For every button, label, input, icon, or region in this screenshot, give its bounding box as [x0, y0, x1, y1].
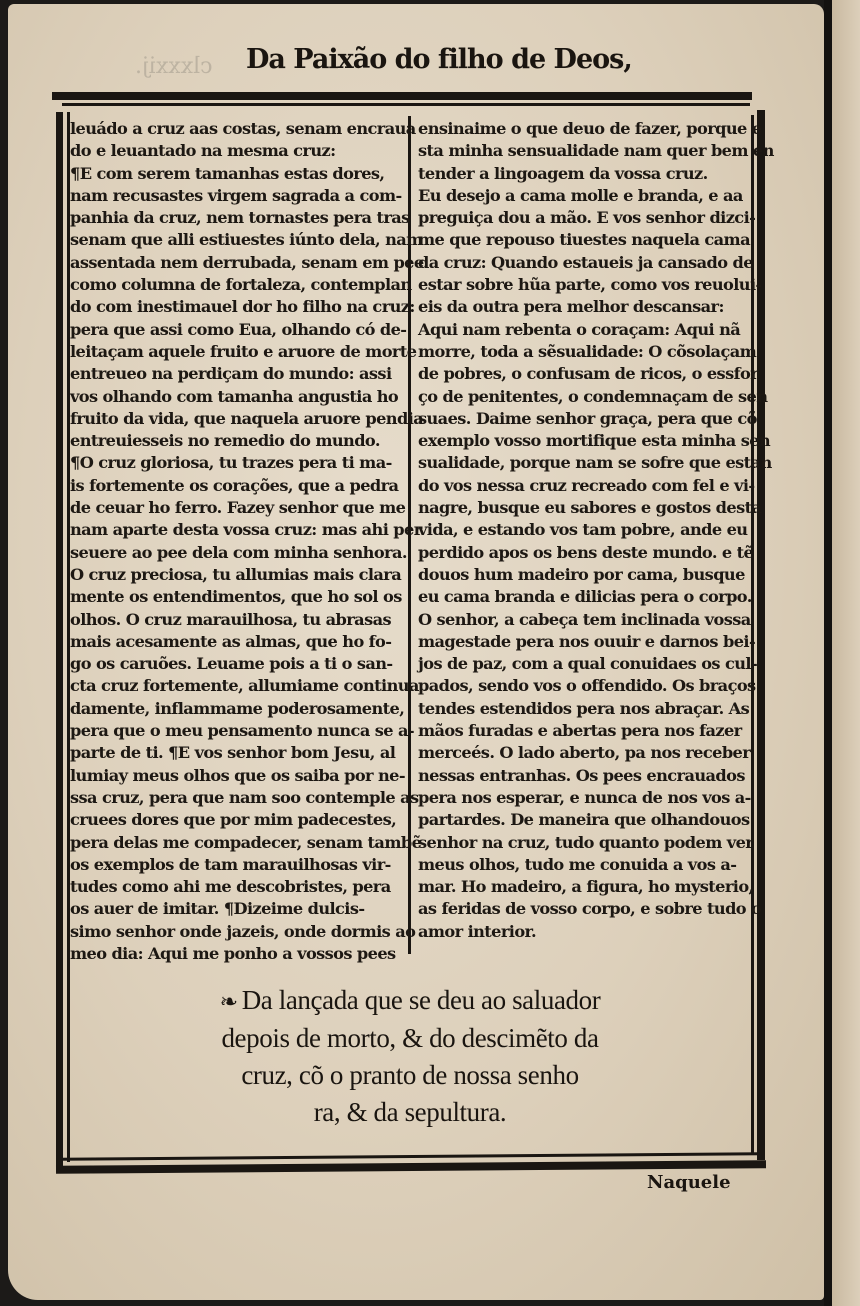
- text-line: mente os entendimentos, que ho sol os: [70, 586, 405, 608]
- text-line: senam que alli estiuestes iúnto dela, na…: [70, 229, 405, 251]
- text-line: pera nos esperar, e nunca de nos vos a-: [418, 787, 763, 809]
- text-line: vos olhando com tamanha angustia ho: [70, 386, 405, 408]
- text-line: mais acesamente as almas, que ho fo-: [70, 631, 405, 653]
- top-rule-thin: [62, 103, 750, 106]
- text-line: magestade pera nos ouuir e darnos bei-: [418, 631, 763, 653]
- text-line: O senhor, a cabeça tem inclinada vossa: [418, 609, 763, 631]
- book-spine: [824, 0, 832, 1306]
- fleuron-icon: ❧: [220, 983, 238, 1020]
- heading-line: ❧Da lançada que se deu ao saluador: [190, 982, 630, 1020]
- text-line: damente, inflammame poderosamente,: [70, 698, 405, 720]
- text-line: do vos nessa cruz recreado com fel e vi-: [418, 475, 763, 497]
- text-line: sualidade, porque nam se sofre que estan: [418, 452, 763, 474]
- text-line: nessas entranhas. Os pees encrauados: [418, 765, 763, 787]
- text-line: as feridas de vosso corpo, e sobre tudo …: [418, 898, 763, 920]
- left-rule-thick: [56, 112, 63, 1172]
- text-line: Aqui nam rebenta o coraçam: Aqui nã: [418, 319, 763, 341]
- text-line: sta minha sensualidade nam quer bem en: [418, 140, 763, 162]
- text-line: morre, toda a sẽsualidade: O cõsolaçam: [418, 341, 763, 363]
- text-line: perdido apos os bens deste mundo. e tẽ: [418, 542, 763, 564]
- text-line: Eu desejo a cama molle e branda, e aa: [418, 185, 763, 207]
- text-line: cta cruz fortemente, allumiame continua: [70, 675, 405, 697]
- text-line: ssa cruz, pera que nam soo contemple as: [70, 787, 405, 809]
- text-line: como columna de fortaleza, contemplan: [70, 274, 405, 296]
- text-line: ensinaime o que deuo de fazer, porque e: [418, 118, 763, 140]
- chapter-heading: ❧Da lançada que se deu ao saluador depoi…: [190, 982, 630, 1131]
- text-line: preguiça dou a mão. E vos senhor dizci-: [418, 207, 763, 229]
- text-line: senhor na cruz, tudo quanto podem ver: [418, 832, 763, 854]
- text-line: ¶E com serem tamanhas estas dores,: [70, 163, 405, 185]
- text-line: pera que o meu pensamento nunca se a-: [70, 720, 405, 742]
- text-line: partardes. De maneira que olhandouos: [418, 809, 763, 831]
- text-line: seuere ao pee dela com minha senhora.: [70, 542, 405, 564]
- text-line: exemplo vosso mortifique esta minha sen: [418, 430, 763, 452]
- text-line: pera que assi como Eua, olhando có de-: [70, 319, 405, 341]
- text-line: de pobres, o confusam de ricos, o essfor: [418, 363, 763, 385]
- text-line: me que repouso tiuestes naquela cama: [418, 229, 763, 251]
- text-line: is fortemente os corações, que a pedra: [70, 475, 405, 497]
- text-line: meo dia: Aqui me ponho a vossos pees: [70, 943, 405, 965]
- text-line: nagre, busque eu sabores e gostos desta: [418, 497, 763, 519]
- text-line: tendes estendidos pera nos abraçar. As: [418, 698, 763, 720]
- right-text-column: ensinaime o que deuo de fazer, porque es…: [418, 118, 763, 943]
- text-line: da cruz: Quando estaueis ja cansado de: [418, 252, 763, 274]
- text-line: estar sobre hũa parte, como vos reuolui-: [418, 274, 763, 296]
- text-line: entreuiesseis no remedio do mundo.: [70, 430, 405, 452]
- text-line: pados, sendo vos o offendido. Os braços: [418, 675, 763, 697]
- text-line: ço de penitentes, o condemnaçam de sen: [418, 386, 763, 408]
- text-line: ¶O cruz gloriosa, tu trazes pera ti ma-: [70, 452, 405, 474]
- text-line: leuádo a cruz aas costas, senam encraua: [70, 118, 405, 140]
- text-line: nam aparte desta vossa cruz: mas ahi per: [70, 519, 405, 541]
- heading-line: ra, & da sepultura.: [190, 1094, 630, 1131]
- catchword: Naquele: [647, 1172, 731, 1193]
- text-line: amor interior.: [418, 921, 763, 943]
- text-line: eu cama branda e dilicias pera o corpo.: [418, 586, 763, 608]
- text-line: os exemplos de tam marauilhosas vir-: [70, 854, 405, 876]
- text-line: tudes como ahi me descobristes, pera: [70, 876, 405, 898]
- text-line: fruito da vida, que naquela aruore pendi…: [70, 408, 405, 430]
- text-line: meus olhos, tudo me conuida a vos a-: [418, 854, 763, 876]
- text-line: vida, e estando vos tam pobre, ande eu: [418, 519, 763, 541]
- text-line: assentada nem derrubada, senam em pee: [70, 252, 405, 274]
- text-line: douos hum madeiro por cama, busque: [418, 564, 763, 586]
- text-line: leitaçam aquele fruito e aruore de morte: [70, 341, 405, 363]
- top-rule-thick: [52, 92, 752, 100]
- text-line: de ceuar ho ferro. Fazey senhor que me: [70, 497, 405, 519]
- text-line: nam recusastes virgem sagrada a com-: [70, 185, 405, 207]
- text-line: entreueo na perdiçam do mundo: assi: [70, 363, 405, 385]
- text-line: eis da outra pera melhor descansar:: [418, 296, 763, 318]
- text-line: suaes. Daime senhor graça, pera que cõ: [418, 408, 763, 430]
- text-line: mãos furadas e abertas pera nos fazer: [418, 720, 763, 742]
- text-line: simo senhor onde jazeis, onde dormis ao: [70, 921, 405, 943]
- text-line: do com inestimauel dor ho filho na cruz:: [70, 296, 405, 318]
- text-line: olhos. O cruz marauilhosa, tu abrasas: [70, 609, 405, 631]
- text-line: os auer de imitar. ¶Dizeime dulcis-: [70, 898, 405, 920]
- running-head: Da Paixão do filho de Deos,: [246, 44, 632, 75]
- text-line: O cruz preciosa, tu allumias mais clara: [70, 564, 405, 586]
- text-line: jos de paz, com a qual conuidaes os cul-: [418, 653, 763, 675]
- text-line: mar. Ho madeiro, a figura, ho mysterio,: [418, 876, 763, 898]
- text-line: panhia da cruz, nem tornastes pera tras: [70, 207, 405, 229]
- text-line: tender a lingoagem da vossa cruz.: [418, 163, 763, 185]
- show-through-folio: clxxxij.: [135, 54, 212, 79]
- text-line: merceés. O lado aberto, pa nos receber: [418, 742, 763, 764]
- text-line: pera delas me compadecer, senam tambẽ: [70, 832, 405, 854]
- text-line: lumiay meus olhos que os saiba por ne-: [70, 765, 405, 787]
- text-line: go os caruões. Leuame pois a ti o san-: [70, 653, 405, 675]
- heading-line: depois de morto, & do descimẽto da: [190, 1020, 630, 1057]
- left-text-column: leuádo a cruz aas costas, senam encrauad…: [70, 118, 405, 965]
- facing-page-edge: [832, 0, 860, 1306]
- heading-line: cruz, cõ o pranto de nossa senho: [190, 1057, 630, 1094]
- text-line: parte de ti. ¶E vos senhor bom Jesu, al: [70, 742, 405, 764]
- text-line: cruees dores que por mim padecestes,: [70, 809, 405, 831]
- text-line: do e leuantado na mesma cruz:: [70, 140, 405, 162]
